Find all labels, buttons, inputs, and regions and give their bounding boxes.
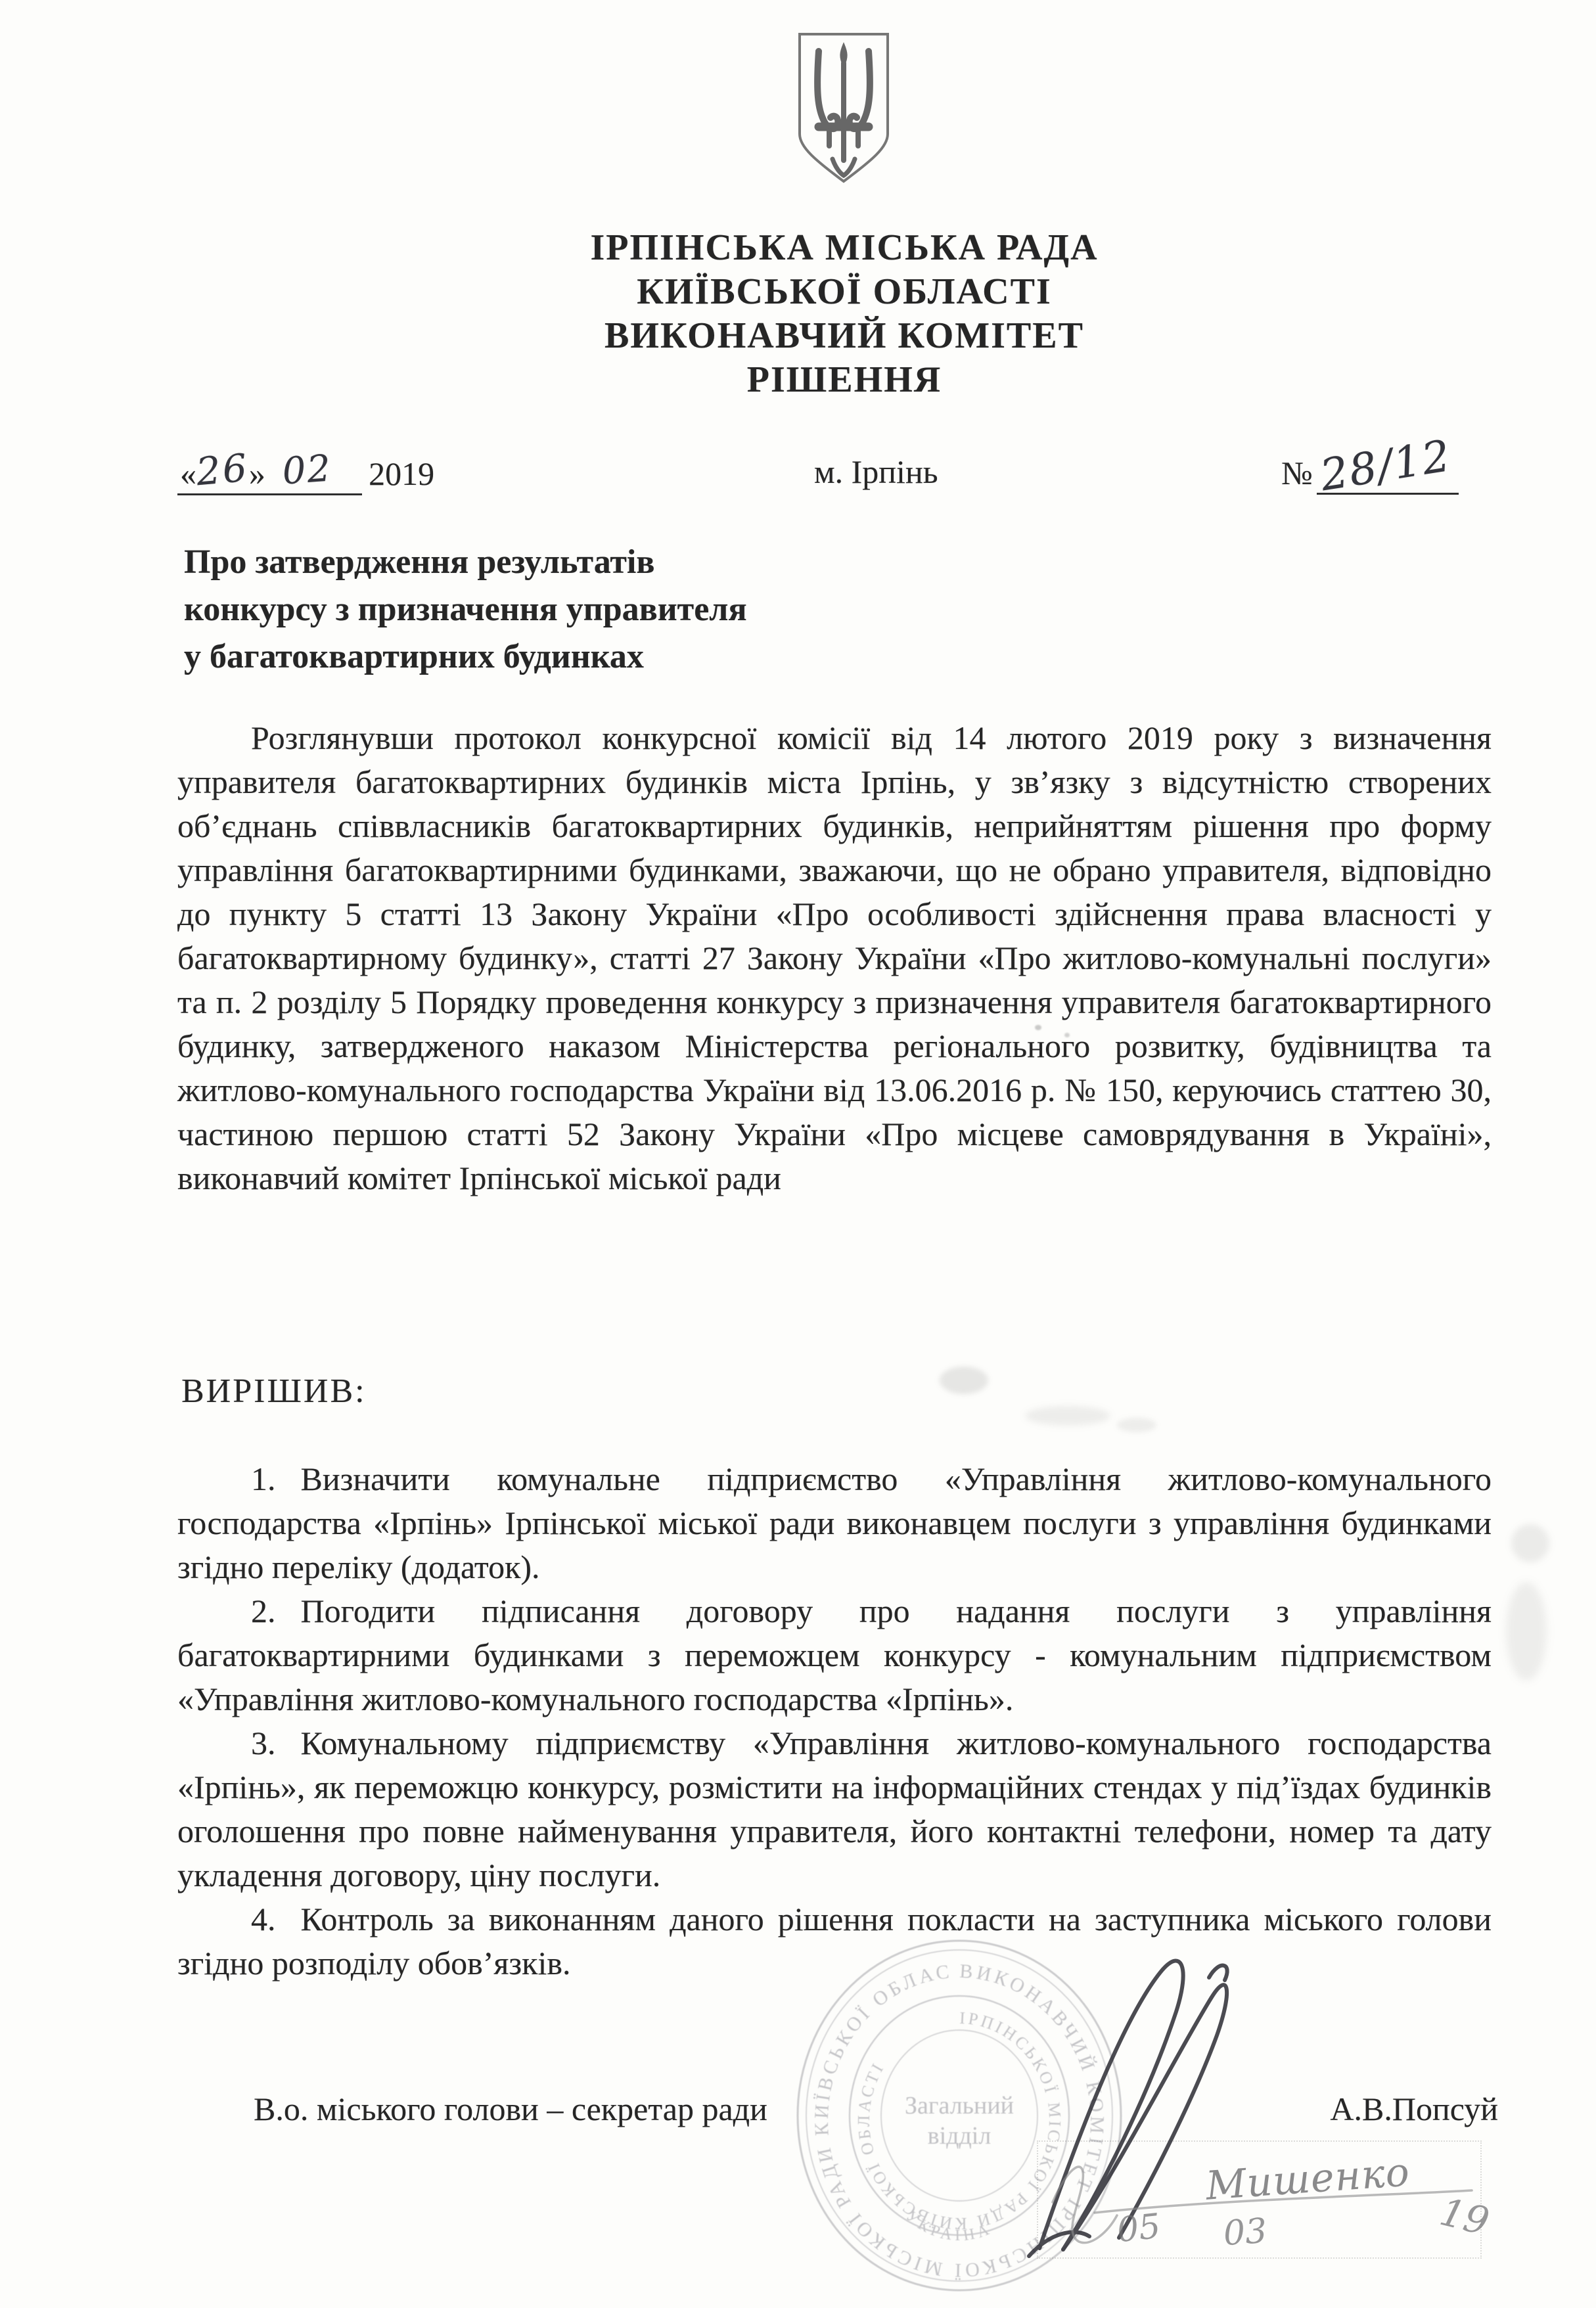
resolution-item-3: 3.Комунальному підприємству «Управління … — [177, 1721, 1492, 1897]
scan-noise — [1511, 1524, 1549, 1562]
scanned-document-page: ІРПІНСЬКА МІСЬКА РАДА КИЇВСЬКОЇ ОБЛАСТІ … — [0, 0, 1596, 2308]
city-label: м. Ірпінь — [814, 452, 938, 491]
number-sign: № — [1281, 455, 1313, 491]
signer-name: А.В.Попсуй — [1330, 2089, 1498, 2129]
subject-title: Про затвердження результатів конкурсу з … — [184, 539, 1104, 681]
item-number: 2. — [251, 1593, 276, 1629]
date-year: 2019 — [369, 455, 434, 492]
item-text: Контроль за виконанням даного рішення по… — [177, 1901, 1492, 1981]
doc-number-underline: 28/12 — [1317, 452, 1459, 495]
item-number: 1. — [251, 1460, 276, 1497]
header-org-name: ІРПІНСЬКА МІСЬКА РАДА — [177, 226, 1511, 270]
scan-noise — [1506, 1582, 1547, 1681]
note-date-month: 03 — [1222, 2211, 1268, 2253]
date-day-segment: «26» — [177, 455, 268, 495]
resolution-item-4: 4.Контроль за виконанням даного рішення … — [177, 1897, 1492, 1985]
scan-noise — [1117, 1418, 1156, 1432]
item-number: 4. — [251, 1901, 276, 1937]
resolution-item-2: 2.Погодити підписання договору про надан… — [177, 1589, 1492, 1721]
subject-line-1: Про затвердження результатів — [184, 539, 1104, 586]
close-quote: » — [249, 455, 265, 492]
document-header: ІРПІНСЬКА МІСЬКА РАДА КИЇВСЬКОЇ ОБЛАСТІ … — [177, 226, 1511, 402]
signature-row: В.о. міського голови – секретар ради А.В… — [177, 2089, 1498, 2129]
date-month-segment: 02 — [268, 455, 362, 495]
header-region: КИЇВСЬКОЇ ОБЛАСТІ — [177, 270, 1511, 314]
signature-title: В.о. міського голови – секретар ради — [254, 2089, 767, 2129]
header-committee: ВИКОНАВЧИЙ КОМІТЕТ — [177, 314, 1511, 358]
date-group: «26»022019 — [177, 452, 434, 493]
handwritten-day: 26 — [194, 448, 250, 492]
item-text: Комунальному підприємству «Управління жи… — [177, 1725, 1492, 1893]
scan-noise — [940, 1367, 988, 1394]
trident-icon — [792, 30, 895, 187]
open-quote: « — [180, 455, 196, 492]
resolution-items: 1.Визначити комунальне підприємство «Упр… — [177, 1457, 1492, 1985]
item-text: Визначити комунальне підприємство «Управ… — [177, 1460, 1492, 1585]
item-number: 3. — [251, 1725, 276, 1761]
dateline: «26»022019 м. Ірпінь №28/12 — [177, 452, 1498, 498]
resolution-item-1: 1.Визначити комунальне підприємство «Упр… — [177, 1457, 1492, 1589]
scan-noise — [1025, 1406, 1110, 1426]
item-text: Погодити підписання договору про надання… — [177, 1593, 1492, 1717]
handwritten-month: 02 — [281, 449, 333, 491]
doc-number-group: №28/12 — [1281, 452, 1459, 495]
subject-line-2: конкурсу з призначення управителя — [184, 586, 1104, 633]
note-date-day: 05 — [1115, 2207, 1162, 2251]
subject-line-3: у багатоквартирних будинках — [184, 633, 1104, 681]
resolved-label: ВИРІШИВ: — [181, 1372, 367, 1411]
preamble-paragraph: Розглянувши протокол конкурсної комісії … — [177, 716, 1492, 1200]
handwritten-doc-number: 28/12 — [1318, 438, 1453, 494]
header-doc-type: РІШЕННЯ — [177, 358, 1511, 402]
